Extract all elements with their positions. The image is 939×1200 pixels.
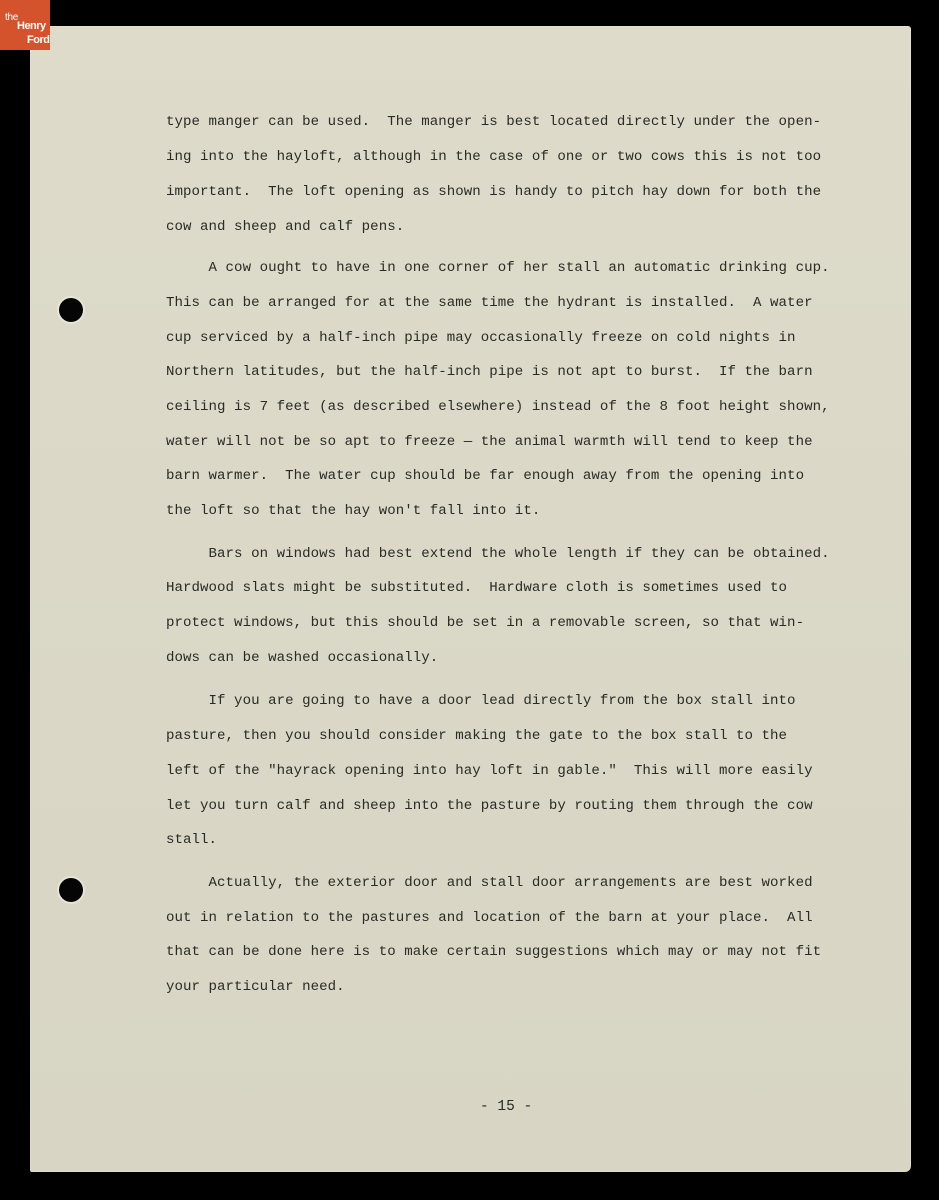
punch-hole-icon (59, 878, 83, 902)
text-line: Hardwood slats might be substituted. Har… (166, 579, 787, 597)
punch-hole-icon (59, 298, 83, 322)
text-line: dows can be washed occasionally. (166, 649, 438, 667)
text-line: pasture, then you should consider making… (166, 727, 787, 745)
text-line: ceiling is 7 feet (as described elsewher… (166, 398, 830, 416)
text-line: Actually, the exterior door and stall do… (166, 874, 813, 892)
text-line: water will not be so apt to freeze — the… (166, 433, 813, 451)
document-viewer: the Henry Ford type manger can be used. … (0, 0, 939, 1200)
the-henry-ford-logo: the Henry Ford (0, 0, 50, 50)
text-line: your particular need. (166, 978, 345, 996)
text-line: stall. (166, 831, 217, 849)
text-line: important. The loft opening as shown is … (166, 183, 821, 201)
text-line: left of the "hayrack opening into hay lo… (166, 762, 813, 780)
text-line: Northern latitudes, but the half-inch pi… (166, 363, 813, 381)
text-line: cow and sheep and calf pens. (166, 218, 404, 236)
text-line: Bars on windows had best extend the whol… (166, 545, 830, 563)
text-line: cup serviced by a half-inch pipe may occ… (166, 329, 796, 347)
text-line: ing into the hayloft, although in the ca… (166, 148, 821, 166)
text-line: This can be arranged for at the same tim… (166, 294, 813, 312)
text-line: out in relation to the pastures and loca… (166, 909, 813, 927)
text-line: that can be done here is to make certain… (166, 943, 821, 961)
page-number: - 15 - (480, 1099, 532, 1115)
logo-ford: Ford (27, 35, 49, 46)
logo-henry: Henry (17, 21, 46, 32)
text-line: protect windows, but this should be set … (166, 614, 804, 632)
text-line: type manger can be used. The manger is b… (166, 113, 821, 131)
text-line: the loft so that the hay won't fall into… (166, 502, 540, 520)
document-page: type manger can be used. The manger is b… (30, 26, 911, 1172)
text-line: If you are going to have a door lead dir… (166, 692, 796, 710)
text-line: A cow ought to have in one corner of her… (166, 259, 830, 277)
text-line: barn warmer. The water cup should be far… (166, 467, 804, 485)
text-line: let you turn calf and sheep into the pas… (166, 797, 813, 815)
